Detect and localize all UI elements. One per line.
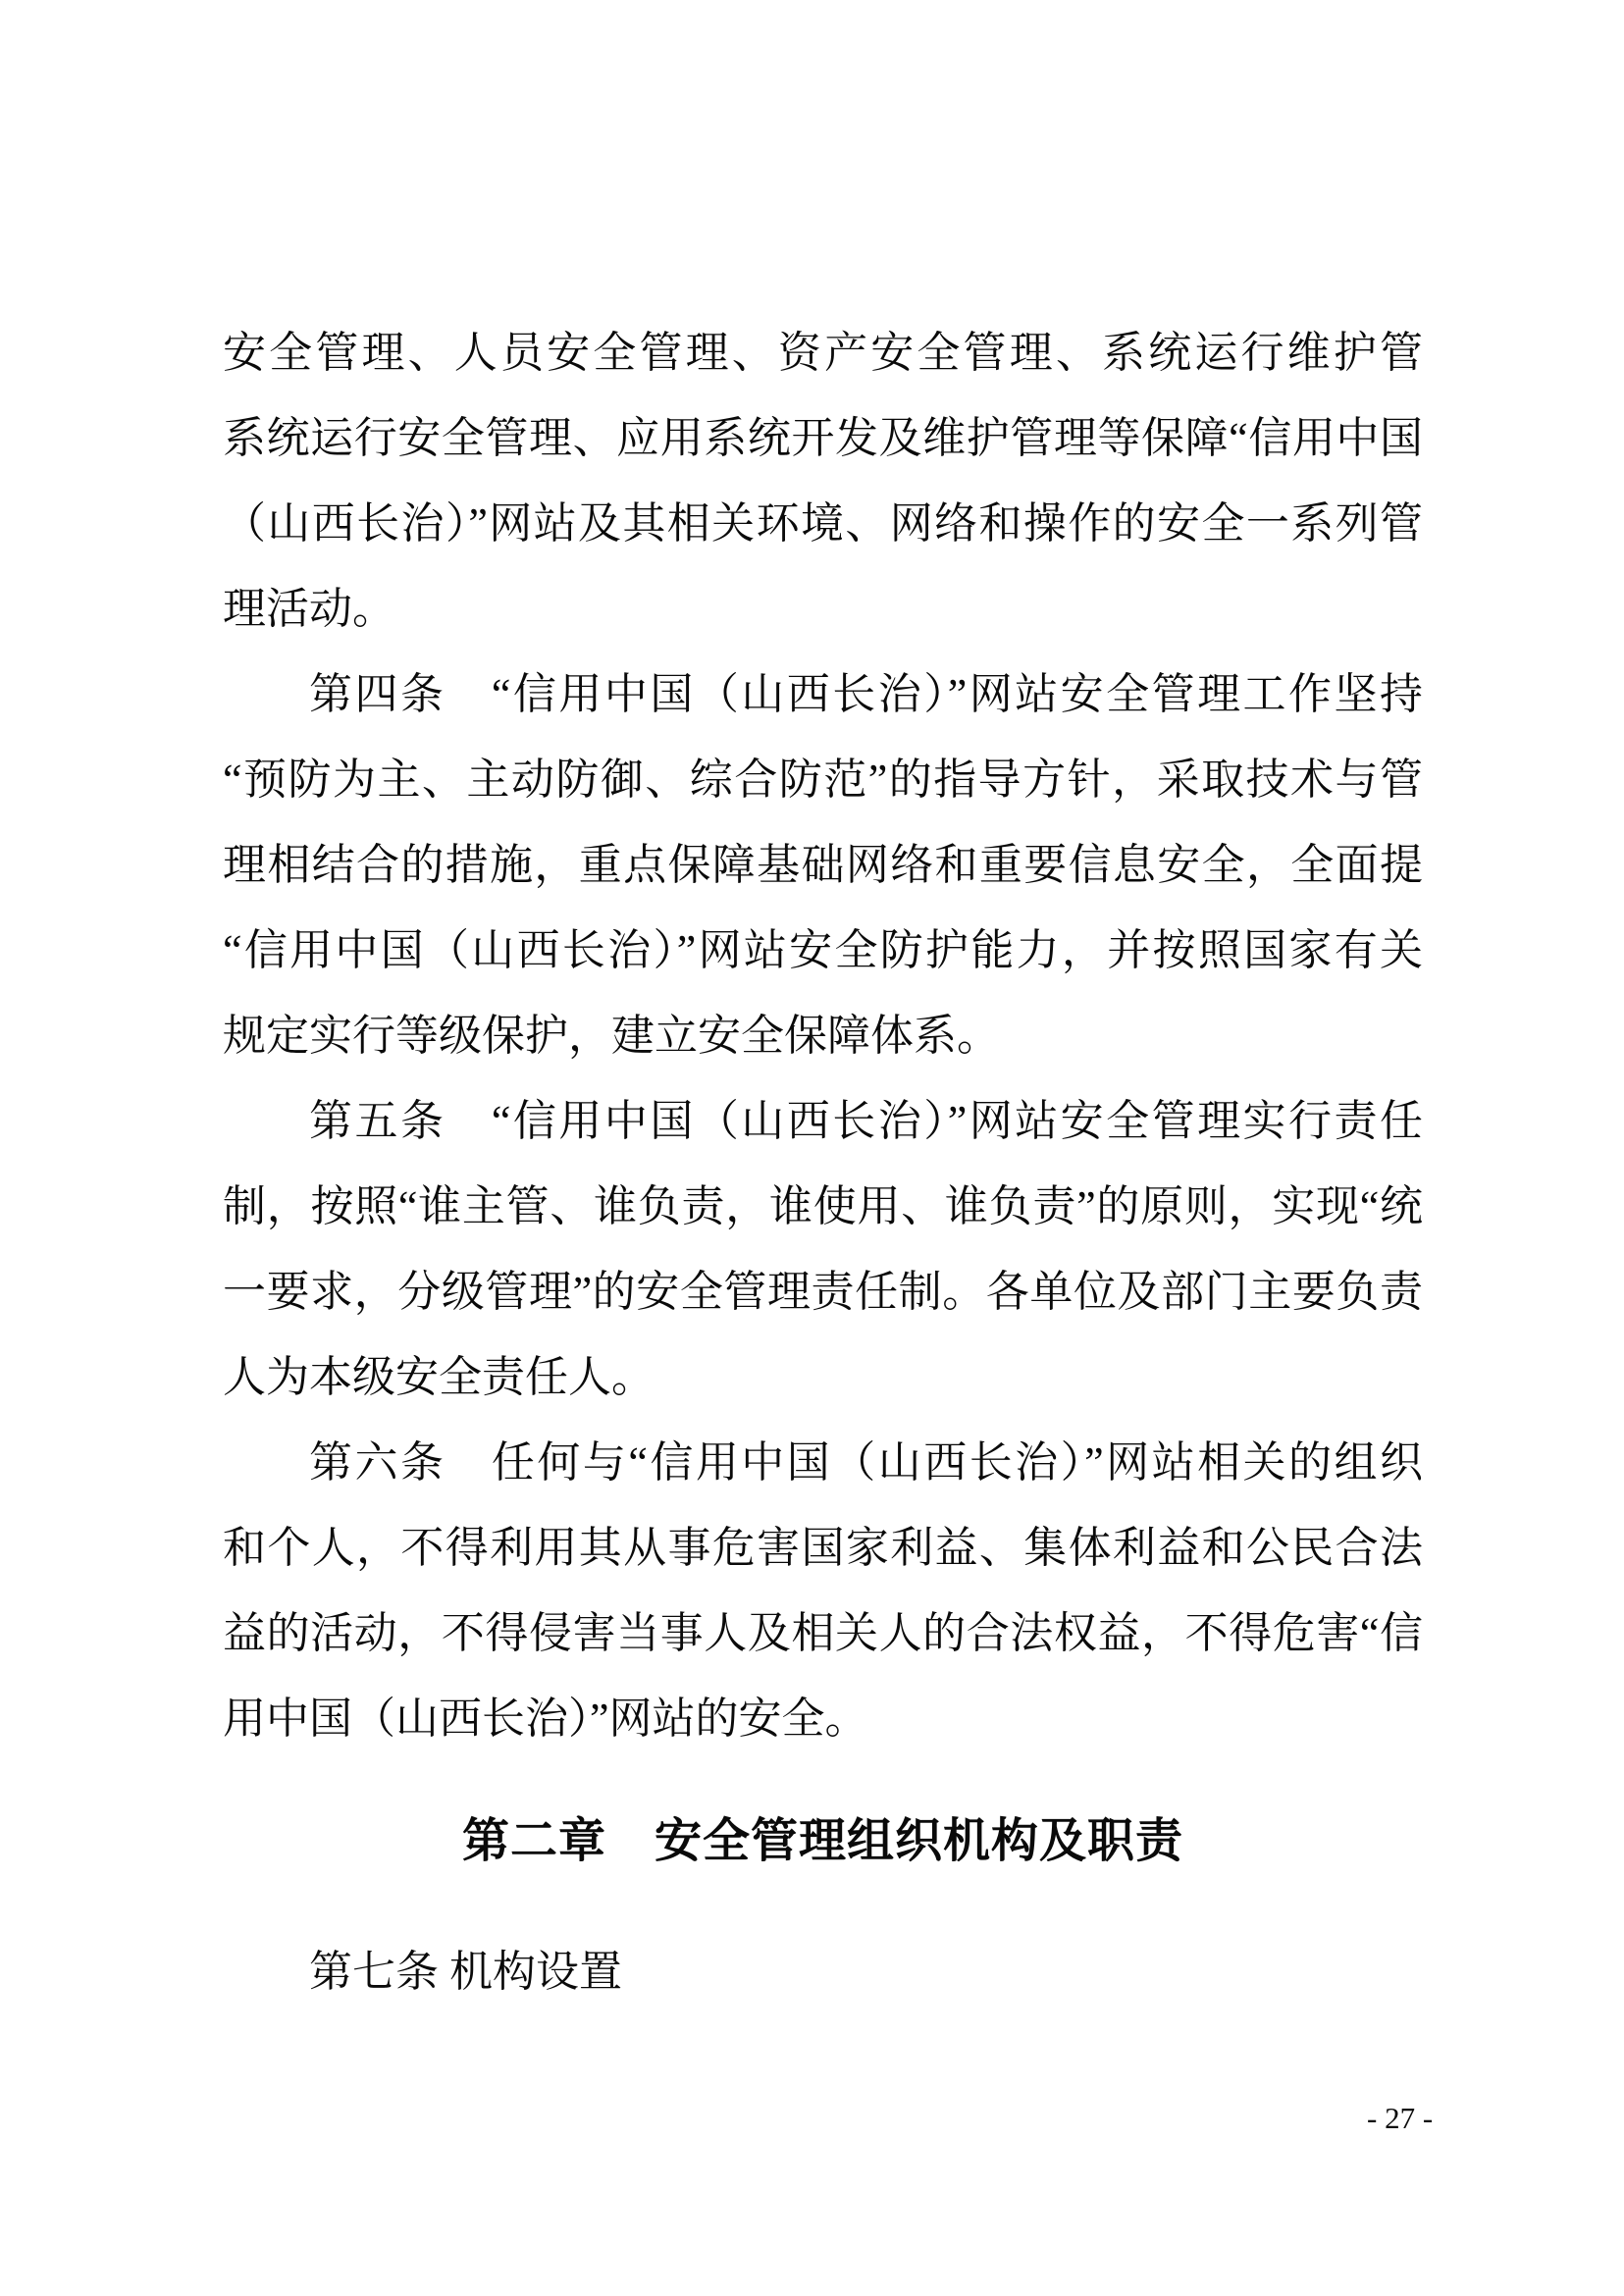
document-page: 安全管理、人员安全管理、资产安全管理、系统运行维护管理、 系统运行安全管理、应用… [0, 0, 1624, 2296]
text-line: 安全管理、人员安全管理、资产安全管理、系统运行维护管理、 [223, 310, 1423, 395]
text-line: 第六条 任何与“信用中国（山西长治）”网站相关的组织 [223, 1420, 1423, 1505]
text-line: 系统运行安全管理、应用系统开发及维护管理等保障“信用中国 [223, 395, 1423, 481]
article-7-line: 第七条 机构设置 [223, 1929, 1423, 2014]
chapter-heading: 第二章 安全管理组织机构及职责 [223, 1799, 1423, 1884]
text-line: 和个人，不得利用其从事危害国家利益、集体利益和公民合法利 [223, 1505, 1423, 1591]
page-number: - 27 - [1367, 2099, 1433, 2138]
text-line: 理活动。 [223, 566, 1423, 652]
text-line: 制，按照“谁主管、谁负责，谁使用、谁负责”的原则，实现“统 [223, 1164, 1423, 1249]
text-line: 第四条 “信用中国（山西长治）”网站安全管理工作坚持 [223, 652, 1423, 737]
text-line: （山西长治）”网站及其相关环境、网络和操作的安全一系列管 [223, 481, 1423, 566]
text-line: 规定实行等级保护，建立安全保障体系。 [223, 993, 1423, 1078]
body-text-block: 安全管理、人员安全管理、资产安全管理、系统运行维护管理、 系统运行安全管理、应用… [223, 310, 1423, 1761]
text-line: 理相结合的措施，重点保障基础网络和重要信息安全，全面提高 [223, 822, 1423, 908]
text-line: 益的活动，不得侵害当事人及相关人的合法权益，不得危害“信 [223, 1591, 1423, 1676]
text-line: 人为本级安全责任人。 [223, 1334, 1423, 1420]
text-line: “信用中国（山西长治）”网站安全防护能力，并按照国家有关 [223, 908, 1423, 993]
text-line: “预防为主、主动防御、综合防范”的指导方针，采取技术与管 [223, 737, 1423, 822]
text-line: 用中国（山西长治）”网站的安全。 [223, 1676, 1423, 1761]
text-line: 第五条 “信用中国（山西长治）”网站安全管理实行责任 [223, 1078, 1423, 1164]
text-line: 一要求，分级管理”的安全管理责任制。各单位及部门主要负责 [223, 1249, 1423, 1334]
